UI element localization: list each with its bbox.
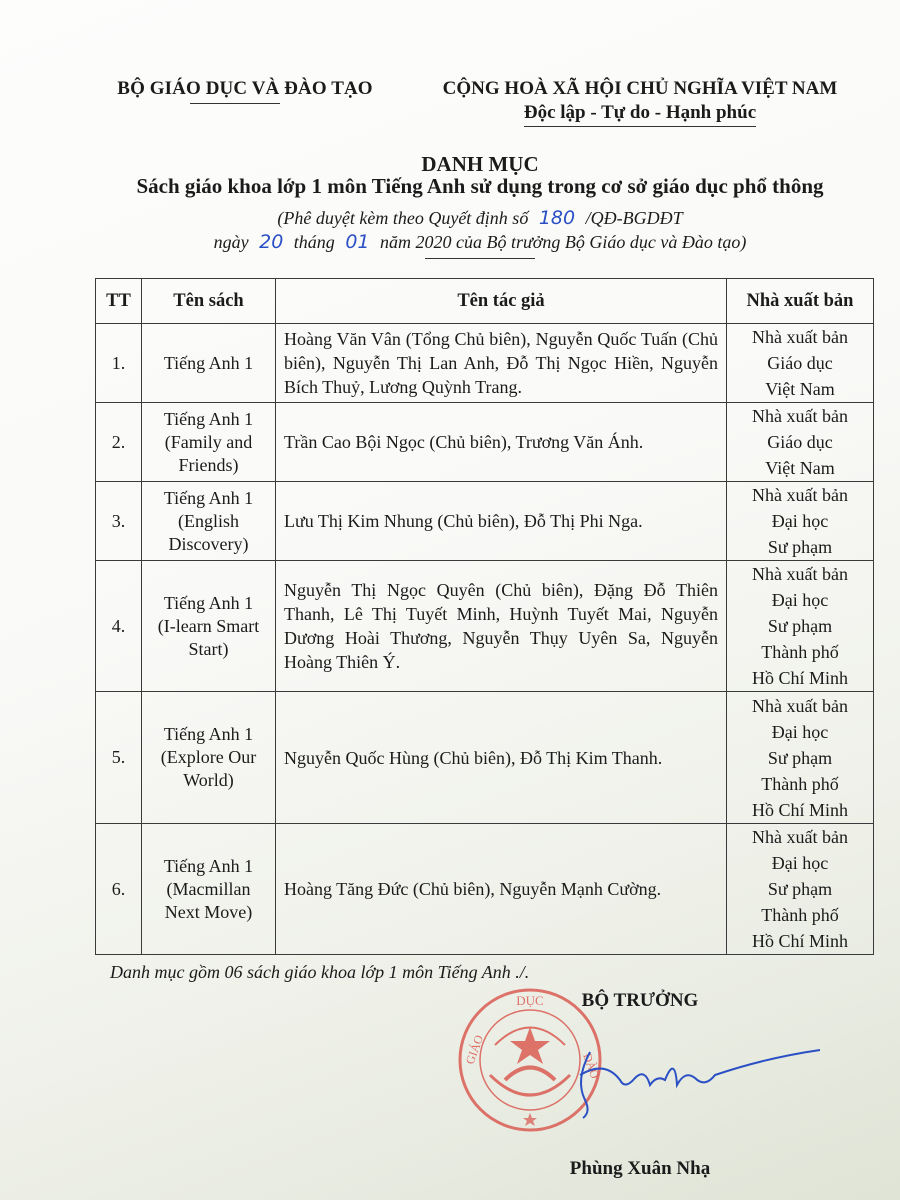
book-title: Tiếng Anh 1 — [142, 324, 276, 403]
book-publisher: Nhà xuất bảnĐại họcSư phạmThành phốHồ Ch… — [727, 692, 874, 824]
book-authors: Hoàng Tăng Đức (Chủ biên), Nguyễn Mạnh C… — [276, 824, 727, 955]
approval-note: (Phê duyệt kèm theo Quyết định số 180 /Q… — [100, 206, 860, 254]
book-title-line: Tiếng Anh 1 — [148, 855, 269, 878]
book-publisher: Nhà xuất bảnGiáo dụcViệt Nam — [727, 403, 874, 482]
month-label: tháng — [294, 232, 335, 252]
book-title-line: (English — [148, 510, 269, 533]
book-title-line: Tiếng Anh 1 — [148, 408, 269, 431]
publisher-line: Đại học — [729, 508, 871, 534]
table-row: 1.Tiếng Anh 1Hoàng Văn Vân (Tổng Chủ biê… — [96, 324, 874, 403]
publisher-line: Nhà xuất bản — [729, 482, 871, 508]
table-row: 6.Tiếng Anh 1(MacmillanNext Move)Hoàng T… — [96, 824, 874, 955]
publisher-line: Nhà xuất bản — [729, 403, 871, 429]
publisher-line: Nhà xuất bản — [729, 324, 871, 350]
book-title: Tiếng Anh 1(EnglishDiscovery) — [142, 482, 276, 561]
column-header-publisher: Nhà xuất bản — [727, 279, 874, 324]
book-title: Tiếng Anh 1(I-learn SmartStart) — [142, 561, 276, 692]
publisher-line: Thành phố — [729, 771, 871, 797]
publisher-line: Đại học — [729, 587, 871, 613]
approval-underline — [425, 258, 535, 259]
approval-year-text: năm 2020 của Bộ trưởng Bộ Giáo dục và Đà… — [380, 232, 746, 252]
book-title-line: (I-learn Smart — [148, 615, 269, 638]
decision-number: 180 — [533, 206, 581, 230]
publisher-line: Đại học — [729, 719, 871, 745]
decision-suffix: /QĐ-BGDĐT — [586, 208, 683, 228]
publisher-line: Sư phạm — [729, 876, 871, 902]
publisher-line: Giáo dục — [729, 350, 871, 376]
book-authors: Trần Cao Bội Ngọc (Chủ biên), Trương Văn… — [276, 403, 727, 482]
book-title-line: Friends) — [148, 454, 269, 477]
country-header: CỘNG HOÀ XÃ HỘI CHỦ NGHĨA VIỆT NAM Độc l… — [425, 78, 855, 127]
book-title-line: Tiếng Anh 1 — [148, 592, 269, 615]
publisher-line: Hồ Chí Minh — [729, 665, 871, 691]
ministry-name: BỘ GIÁO DỤC VÀ ĐÀO TẠO — [117, 78, 372, 99]
publisher-line: Giáo dục — [729, 429, 871, 455]
row-number: 5. — [96, 692, 142, 824]
publisher-line: Hồ Chí Minh — [729, 928, 871, 954]
book-title-line: Tiếng Anh 1 — [148, 723, 269, 746]
column-header-tt: TT — [96, 279, 142, 324]
publisher-line: Sư phạm — [729, 613, 871, 639]
day-label: ngày — [214, 232, 249, 252]
signature-icon — [565, 1040, 825, 1120]
publisher-line: Đại học — [729, 850, 871, 876]
book-title-line: Next Move) — [148, 901, 269, 924]
row-number: 1. — [96, 324, 142, 403]
book-title-line: (Explore Our — [148, 746, 269, 769]
ministry-header: BỘ GIÁO DỤC VÀ ĐÀO TẠO — [110, 78, 380, 104]
publisher-line: Nhà xuất bản — [729, 561, 871, 587]
book-authors: Lưu Thị Kim Nhung (Chủ biên), Đỗ Thị Phi… — [276, 482, 727, 561]
book-title-line: Start) — [148, 638, 269, 661]
catalog-footnote: Danh mục gồm 06 sách giáo khoa lớp 1 môn… — [110, 962, 529, 983]
publisher-line: Thành phố — [729, 902, 871, 928]
book-publisher: Nhà xuất bảnGiáo dụcViệt Nam — [727, 324, 874, 403]
table-row: 4.Tiếng Anh 1(I-learn SmartStart)Nguyễn … — [96, 561, 874, 692]
signatory-title: BỘ TRƯỞNG — [520, 990, 760, 1012]
book-title-line: World) — [148, 769, 269, 792]
national-motto: Độc lập - Tự do - Hạnh phúc — [524, 102, 756, 127]
publisher-line: Hồ Chí Minh — [729, 797, 871, 823]
book-authors: Hoàng Văn Vân (Tổng Chủ biên), Nguyễn Qu… — [276, 324, 727, 403]
book-title-line: Tiếng Anh 1 — [148, 487, 269, 510]
book-title-line: Tiếng Anh 1 — [148, 352, 269, 375]
row-number: 3. — [96, 482, 142, 561]
row-number: 2. — [96, 403, 142, 482]
table-header-row: TT Tên sách Tên tác giả Nhà xuất bản — [96, 279, 874, 324]
table-row: 2.Tiếng Anh 1(Family andFriends)Trần Cao… — [96, 403, 874, 482]
signatory-name: Phùng Xuân Nhạ — [520, 1158, 760, 1180]
book-authors: Nguyễn Quốc Hùng (Chủ biên), Đỗ Thị Kim … — [276, 692, 727, 824]
book-title-line: (Macmillan — [148, 878, 269, 901]
book-title: Tiếng Anh 1(Family andFriends) — [142, 403, 276, 482]
country-name: CỘNG HOÀ XÃ HỘI CHỦ NGHĨA VIỆT NAM — [425, 78, 855, 100]
book-publisher: Nhà xuất bảnĐại họcSư phạmThành phốHồ Ch… — [727, 561, 874, 692]
svg-text:GIÁO: GIÁO — [463, 1033, 487, 1066]
table-row: 3.Tiếng Anh 1(EnglishDiscovery)Lưu Thị K… — [96, 482, 874, 561]
table-row: 5.Tiếng Anh 1(Explore OurWorld)Nguyễn Qu… — [96, 692, 874, 824]
row-number: 6. — [96, 824, 142, 955]
book-authors: Nguyễn Thị Ngọc Quyên (Chủ biên), Đặng Đ… — [276, 561, 727, 692]
book-title-line: Discovery) — [148, 533, 269, 556]
publisher-line: Thành phố — [729, 639, 871, 665]
ministry-underline — [190, 103, 280, 104]
column-header-authors: Tên tác giả — [276, 279, 727, 324]
publisher-line: Việt Nam — [729, 376, 871, 402]
publisher-line: Nhà xuất bản — [729, 693, 871, 719]
publisher-line: Sư phạm — [729, 745, 871, 771]
textbook-table: TT Tên sách Tên tác giả Nhà xuất bản 1.T… — [95, 278, 874, 955]
approval-prefix: (Phê duyệt kèm theo Quyết định số — [277, 208, 528, 228]
book-publisher: Nhà xuất bảnĐại họcSư phạmThành phốHồ Ch… — [727, 824, 874, 955]
book-title: Tiếng Anh 1(Explore OurWorld) — [142, 692, 276, 824]
book-publisher: Nhà xuất bảnĐại họcSư phạm — [727, 482, 874, 561]
publisher-line: Việt Nam — [729, 455, 871, 481]
book-title-line: (Family and — [148, 431, 269, 454]
document-subtitle: Sách giáo khoa lớp 1 môn Tiếng Anh sử dụ… — [100, 174, 860, 199]
publisher-line: Nhà xuất bản — [729, 824, 871, 850]
approval-day: 20 — [253, 230, 289, 254]
row-number: 4. — [96, 561, 142, 692]
column-header-book: Tên sách — [142, 279, 276, 324]
publisher-line: Sư phạm — [729, 534, 871, 560]
approval-month: 01 — [339, 230, 375, 254]
book-title: Tiếng Anh 1(MacmillanNext Move) — [142, 824, 276, 955]
